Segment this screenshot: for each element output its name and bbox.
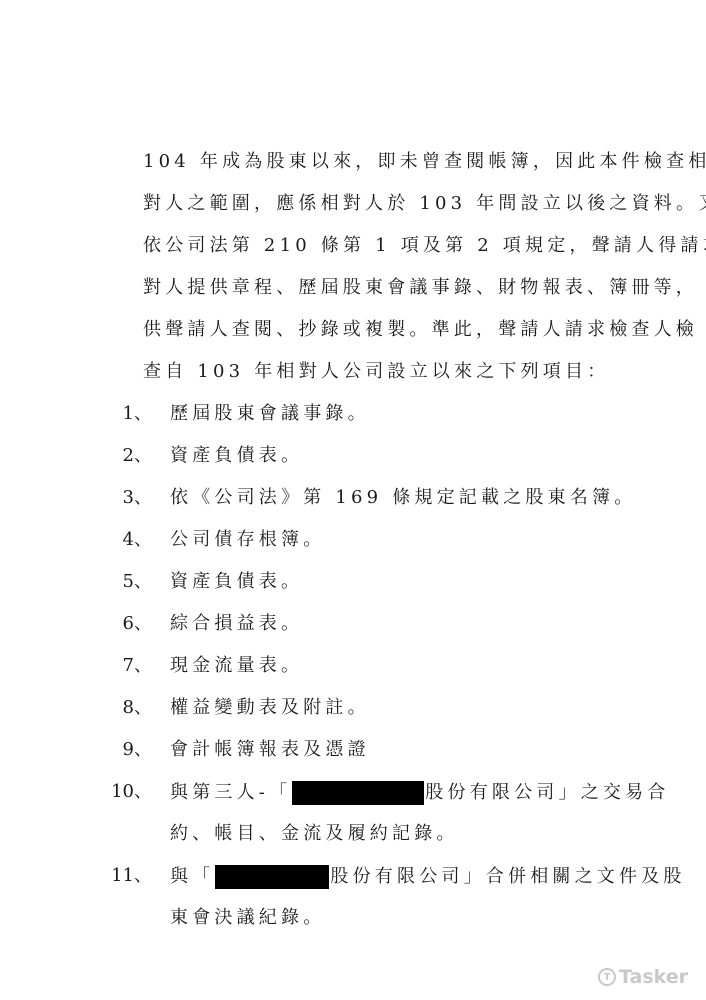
item-text-after: 股份有限公司」之交易合 — [425, 782, 669, 803]
item-number: 6、 — [104, 613, 152, 635]
document-page: 104 年成為股東以來，即未曾查閱帳簿，因此本件檢查相 對人之範圍，應係相對人於… — [0, 0, 706, 1000]
item-number: 3、 — [104, 487, 152, 509]
item-number: 7、 — [104, 655, 152, 677]
item-text: 會計帳簿報表及憑證 — [170, 739, 370, 761]
watermark-text: Tasker — [619, 966, 688, 988]
paragraph-line-6: 查自 103 年相對人公司設立以來之下列項目： — [143, 361, 609, 383]
item-text: 權益變動表及附註。 — [170, 697, 370, 719]
redaction-box — [215, 865, 329, 889]
item-text-before: 與「 — [170, 866, 214, 887]
list-item-10-continuation: 約、帳目、金流及履約記錄。 — [170, 823, 459, 845]
item-number: 2、 — [104, 445, 152, 467]
item-text: 資產負債表。 — [170, 445, 303, 467]
paragraph-line-2: 對人之範圍，應係相對人於 103 年間設立以後之資料。又 — [143, 193, 706, 215]
paragraph-line-5: 供聲請人查閱、抄錄或複製。準此，聲請人請求檢查人檢 — [143, 319, 698, 341]
list-item-11-continuation: 東會決議紀錄。 — [170, 907, 325, 929]
item-text: 與「股份有限公司」合併相關之文件及股 — [170, 865, 686, 889]
item-number: 11、 — [104, 865, 152, 887]
item-number: 10、 — [104, 781, 152, 803]
redaction-box — [292, 781, 424, 805]
watermark: T Tasker — [598, 966, 688, 988]
paragraph-line-4: 對人提供章程、歷屆股東會議事錄、財物報表、簿冊等， — [143, 277, 698, 299]
item-number: 4、 — [104, 529, 152, 551]
paragraph-line-3: 依公司法第 210 條第 1 項及第 2 項規定，聲請人得請求相 — [143, 235, 706, 257]
item-number: 1、 — [104, 403, 152, 425]
item-text: 與第三人-「股份有限公司」之交易合 — [170, 781, 670, 805]
tasker-logo-icon: T — [598, 968, 616, 986]
paragraph-line-1: 104 年成為股東以來，即未曾查閱帳簿，因此本件檢查相 — [143, 151, 706, 173]
item-text-after: 股份有限公司」合併相關之文件及股 — [330, 866, 685, 887]
item-text-before: 與第三人-「 — [170, 782, 291, 803]
item-text: 資產負債表。 — [170, 571, 303, 593]
item-number: 8、 — [104, 697, 152, 719]
item-text: 現金流量表。 — [170, 655, 303, 677]
item-text: 歷屆股東會議事錄。 — [170, 403, 370, 425]
item-text: 綜合損益表。 — [170, 613, 303, 635]
item-number: 5、 — [104, 571, 152, 593]
item-text: 依《公司法》第 169 條規定記載之股東名簿。 — [170, 487, 636, 509]
item-text: 公司債存根簿。 — [170, 529, 325, 551]
item-number: 9、 — [104, 739, 152, 761]
